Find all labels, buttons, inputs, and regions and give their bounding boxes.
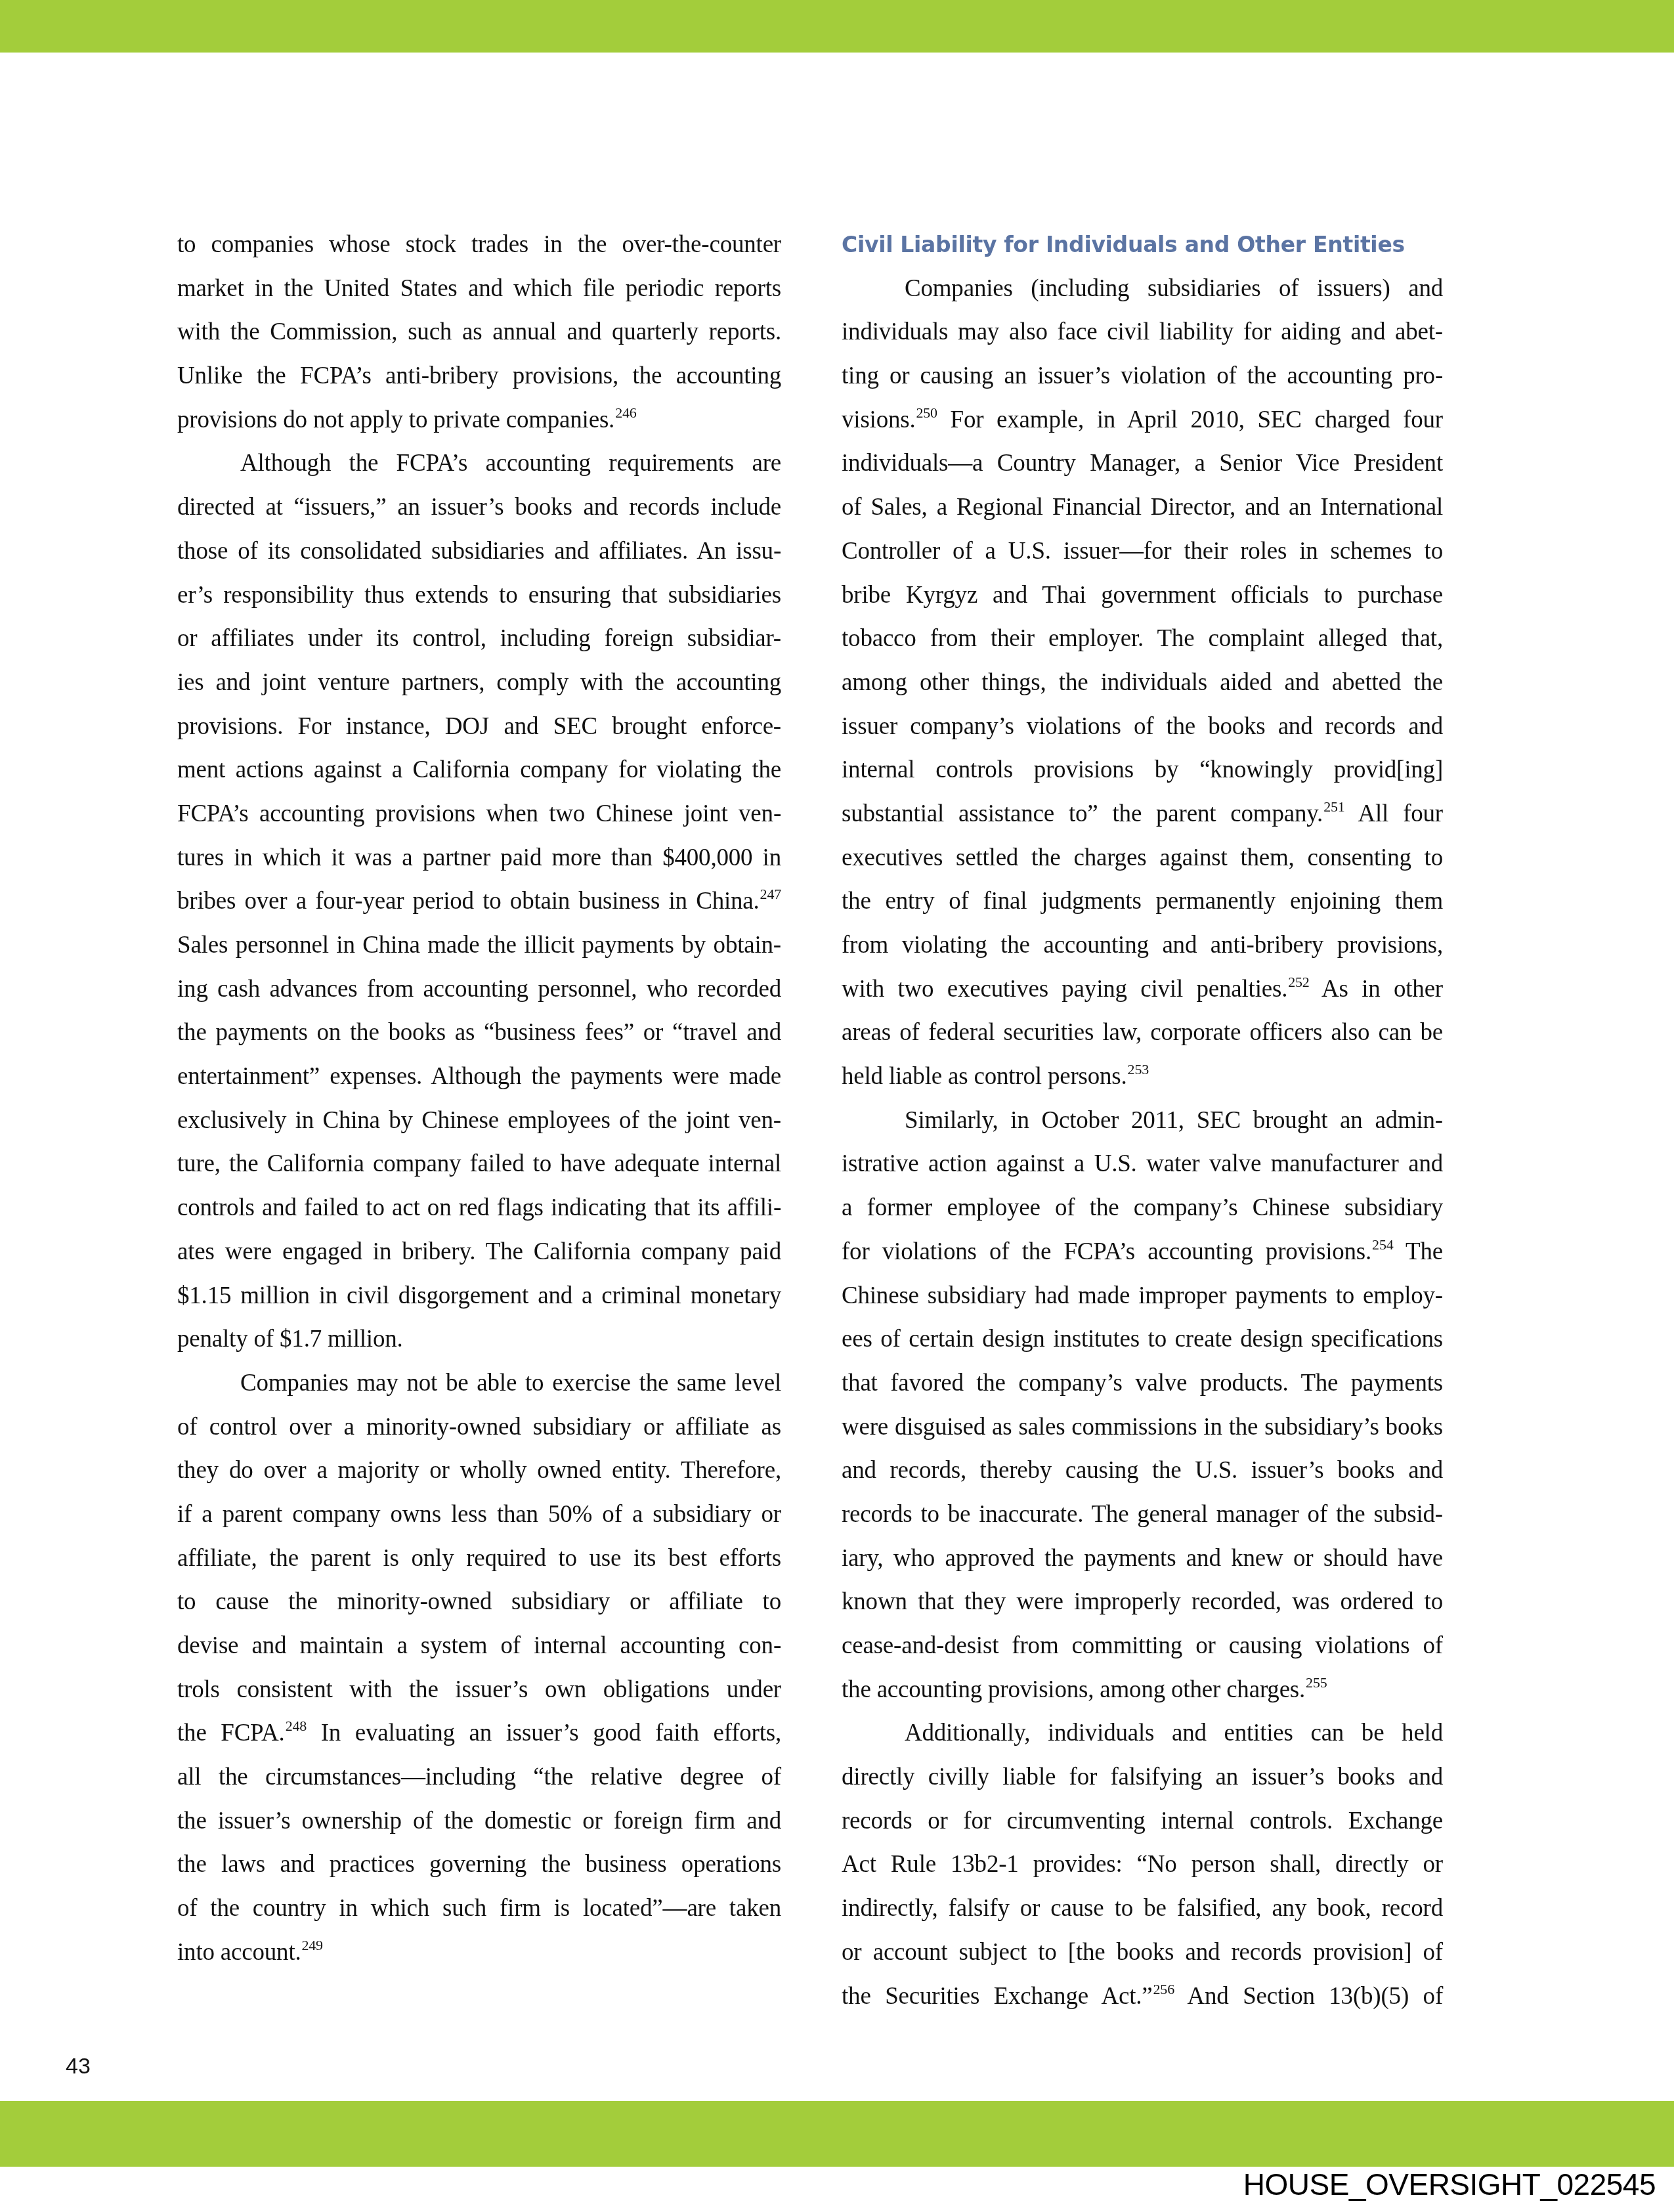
line-text: Unlike the FCPA’s anti-bribery provision… xyxy=(177,362,781,389)
line-text: ies and joint venture partners, comply w… xyxy=(177,669,781,696)
text-line: they do over a majority or wholly owned … xyxy=(177,1449,781,1493)
line-text: into account. xyxy=(177,1939,301,1966)
line-text: all the circumstances—including “the rel… xyxy=(177,1764,781,1790)
line-text: bribe Kyrgyz and Thai government officia… xyxy=(842,582,1443,609)
text-line: Although the FCPA’s accounting requireme… xyxy=(177,442,781,486)
line-text-continuation: In evaluating an issuer’s good faith eff… xyxy=(307,1720,781,1746)
bottom-color-band xyxy=(0,2101,1674,2167)
footnote-reference[interactable]: 254 xyxy=(1372,1236,1393,1253)
line-text: the laws and practices governing the bus… xyxy=(177,1851,781,1878)
text-line: Similarly, in October 2011, SEC brought … xyxy=(842,1099,1443,1143)
line-text: directed at “issuers,” an issuer’s books… xyxy=(177,494,781,521)
line-text: affiliate, the parent is only required t… xyxy=(177,1545,781,1572)
line-text: internal controls provisions by “knowing… xyxy=(842,756,1443,783)
footnote-reference[interactable]: 256 xyxy=(1153,1981,1174,1997)
text-line: the laws and practices governing the bus… xyxy=(177,1843,781,1887)
line-text: areas of federal securities law, corpora… xyxy=(842,1019,1443,1046)
text-line: or account subject to [the books and rec… xyxy=(842,1931,1443,1975)
text-line: affiliate, the parent is only required t… xyxy=(177,1537,781,1581)
footnote-reference[interactable]: 255 xyxy=(1306,1674,1327,1691)
line-text: bribes over a four-year period to obtain… xyxy=(177,888,760,915)
text-line: visions.250 For example, in April 2010, … xyxy=(842,399,1443,443)
text-line: trols consistent with the issuer’s own o… xyxy=(177,1668,781,1712)
text-line: the FCPA.248 In evaluating an issuer’s g… xyxy=(177,1712,781,1756)
text-line: with the Commission, such as annual and … xyxy=(177,311,781,355)
text-line: directly civilly liable for falsifying a… xyxy=(842,1756,1443,1800)
text-line: cease-and-desist from committing or caus… xyxy=(842,1624,1443,1668)
line-text: entertainment” expenses. Although the pa… xyxy=(177,1063,781,1090)
line-text: individuals may also face civil liabilit… xyxy=(842,318,1443,345)
text-line: exclusively in China by Chinese employee… xyxy=(177,1099,781,1143)
line-text: or account subject to [the books and rec… xyxy=(842,1939,1443,1966)
line-text: $1.15 million in civil disgorgement and … xyxy=(177,1282,781,1309)
line-text: Chinese subsidiary had made improper pay… xyxy=(842,1282,1443,1309)
text-line: Chinese subsidiary had made improper pay… xyxy=(842,1274,1443,1318)
text-line: all the circumstances—including “the rel… xyxy=(177,1756,781,1800)
line-text: with the Commission, such as annual and … xyxy=(177,318,781,345)
text-line: provisions. For instance, DOJ and SEC br… xyxy=(177,705,781,749)
line-text: among other things, the individuals aide… xyxy=(842,669,1443,696)
text-line: of Sales, a Regional Financial Director,… xyxy=(842,486,1443,530)
text-line: market in the United States and which fi… xyxy=(177,267,781,311)
text-line: istrative action against a U.S. water va… xyxy=(842,1142,1443,1186)
line-text: controls and failed to act on red flags … xyxy=(177,1194,781,1221)
line-text: and records, thereby causing the U.S. is… xyxy=(842,1457,1443,1484)
line-text: the payments on the books as “business f… xyxy=(177,1019,781,1046)
footnote-reference[interactable]: 249 xyxy=(302,1937,323,1953)
paragraph: Companies (including subsidiaries of iss… xyxy=(842,267,1443,1099)
line-text: issuer company’s violations of the books… xyxy=(842,713,1443,740)
text-line: Additionally, individuals and entities c… xyxy=(842,1712,1443,1756)
line-text: iary, who approved the payments and knew… xyxy=(842,1545,1443,1572)
line-text: for violations of the FCPA’s accounting … xyxy=(842,1238,1371,1265)
text-line: a former employee of the company’s Chine… xyxy=(842,1186,1443,1230)
paragraph: Similarly, in October 2011, SEC brought … xyxy=(842,1099,1443,1712)
line-text: ing cash advances from accounting person… xyxy=(177,976,781,1003)
line-text: the entry of final judgments permanently… xyxy=(842,888,1443,915)
document-id-stamp: HOUSE_OVERSIGHT_022545 xyxy=(1243,2167,1656,2202)
text-line: directed at “issuers,” an issuer’s books… xyxy=(177,486,781,530)
line-text: those of its consolidated subsidiaries a… xyxy=(177,538,781,565)
top-color-band xyxy=(0,0,1674,53)
line-text: to cause the minority-owned subsidiary o… xyxy=(177,1588,781,1615)
section-heading: Civil Liability for Individuals and Othe… xyxy=(842,223,1443,267)
text-line: were disguised as sales commissions in t… xyxy=(842,1406,1443,1450)
line-text: provisions do not apply to private compa… xyxy=(177,406,614,433)
line-text: ting or causing an issuer’s violation of… xyxy=(842,362,1443,389)
text-line: tobacco from their employer. The complai… xyxy=(842,617,1443,661)
line-text: er’s responsibility thus extends to ensu… xyxy=(177,582,781,609)
right-text-column: Civil Liability for Individuals and Othe… xyxy=(842,223,1443,2018)
line-text: Act Rule 13b2-1 provides: “No person sha… xyxy=(842,1851,1443,1878)
line-text: Sales personnel in China made the illici… xyxy=(177,932,781,959)
text-line: Act Rule 13b2-1 provides: “No person sha… xyxy=(842,1843,1443,1887)
text-line: with two executives paying civil penalti… xyxy=(842,968,1443,1012)
text-line: substantial assistance to” the parent co… xyxy=(842,792,1443,836)
line-text-continuation: As in other xyxy=(1310,976,1443,1003)
text-line: records or for circumventing internal co… xyxy=(842,1800,1443,1844)
line-text: devise and maintain a system of internal… xyxy=(177,1632,781,1659)
text-line: penalty of $1.7 million. xyxy=(177,1318,781,1362)
text-line: the accounting provisions, among other c… xyxy=(842,1668,1443,1712)
text-line: Unlike the FCPA’s anti-bribery provision… xyxy=(177,355,781,399)
line-text: cease-and-desist from committing or caus… xyxy=(842,1632,1443,1659)
text-line: ting or causing an issuer’s violation of… xyxy=(842,355,1443,399)
page-number: 43 xyxy=(66,2054,91,2079)
text-line: to companies whose stock trades in the o… xyxy=(177,223,781,267)
text-line: bribe Kyrgyz and Thai government officia… xyxy=(842,574,1443,618)
text-line: ies and joint venture partners, comply w… xyxy=(177,661,781,705)
text-line: iary, who approved the payments and knew… xyxy=(842,1537,1443,1581)
footnote-reference[interactable]: 246 xyxy=(615,404,636,421)
line-text: from violating the accounting and anti-b… xyxy=(842,932,1443,959)
text-line: individuals may also face civil liabilit… xyxy=(842,311,1443,355)
text-line: areas of federal securities law, corpora… xyxy=(842,1011,1443,1055)
line-text: individuals—a Country Manager, a Senior … xyxy=(842,450,1443,477)
text-line: ment actions against a California compan… xyxy=(177,748,781,792)
text-line: er’s responsibility thus extends to ensu… xyxy=(177,574,781,618)
text-line: devise and maintain a system of internal… xyxy=(177,1624,781,1668)
line-text: Controller of a U.S. issuer—for their ro… xyxy=(842,538,1443,565)
paragraph: Additionally, individuals and entities c… xyxy=(842,1712,1443,2018)
text-line: FCPA’s accounting provisions when two Ch… xyxy=(177,792,781,836)
text-line: of control over a minority-owned subsidi… xyxy=(177,1406,781,1450)
line-text: ture, the California company failed to h… xyxy=(177,1150,781,1177)
line-text: records or for circumventing internal co… xyxy=(842,1808,1443,1834)
text-line: the entry of final judgments permanently… xyxy=(842,880,1443,924)
text-line: bribes over a four-year period to obtain… xyxy=(177,880,781,924)
line-text: istrative action against a U.S. water va… xyxy=(842,1150,1443,1177)
text-line: Sales personnel in China made the illici… xyxy=(177,924,781,968)
line-text: ment actions against a California compan… xyxy=(177,756,781,783)
line-text: to companies whose stock trades in the o… xyxy=(177,231,781,258)
line-text: with two executives paying civil penalti… xyxy=(842,976,1287,1003)
line-text: known that they were improperly recorded… xyxy=(842,1588,1443,1615)
text-line: issuer company’s violations of the books… xyxy=(842,705,1443,749)
text-line: the issuer’s ownership of the domestic o… xyxy=(177,1800,781,1844)
text-line: the Securities Exchange Act.”256 And Sec… xyxy=(842,1975,1443,2019)
line-text: ees of certain design institutes to crea… xyxy=(842,1326,1443,1353)
text-line: internal controls provisions by “knowing… xyxy=(842,748,1443,792)
left-text-column: to companies whose stock trades in the o… xyxy=(177,223,781,1975)
line-text: the FCPA. xyxy=(177,1720,285,1746)
line-text: indirectly, falsify or cause to be falsi… xyxy=(842,1895,1443,1922)
line-text: or affiliates under its control, includi… xyxy=(177,625,781,652)
text-line: ates were engaged in bribery. The Califo… xyxy=(177,1230,781,1274)
text-line: among other things, the individuals aide… xyxy=(842,661,1443,705)
text-line: or affiliates under its control, includi… xyxy=(177,617,781,661)
line-text: if a parent company owns less than 50% o… xyxy=(177,1501,781,1528)
text-line: into account.249 xyxy=(177,1931,781,1975)
footnote-reference[interactable]: 250 xyxy=(916,404,937,421)
line-text-continuation: For example, in April 2010, SEC charged … xyxy=(937,406,1443,433)
line-text: Companies (including subsidiaries of iss… xyxy=(905,275,1443,302)
line-text: exclusively in China by Chinese employee… xyxy=(177,1107,781,1134)
text-line: indirectly, falsify or cause to be falsi… xyxy=(842,1887,1443,1931)
line-text: of the country in which such firm is loc… xyxy=(177,1895,781,1922)
text-line: executives settled the charges against t… xyxy=(842,836,1443,880)
text-line: entertainment” expenses. Although the pa… xyxy=(177,1055,781,1099)
line-text: FCPA’s accounting provisions when two Ch… xyxy=(177,800,781,827)
line-text: ates were engaged in bribery. The Califo… xyxy=(177,1238,781,1265)
text-line: ing cash advances from accounting person… xyxy=(177,968,781,1012)
paragraph: to companies whose stock trades in the o… xyxy=(177,223,781,442)
text-line: held liable as control persons.253 xyxy=(842,1055,1443,1099)
line-text-continuation: And Section 13(b)(5) of xyxy=(1174,1983,1443,2010)
text-line: Controller of a U.S. issuer—for their ro… xyxy=(842,530,1443,574)
paragraph: Although the FCPA’s accounting requireme… xyxy=(177,442,781,1361)
text-line: those of its consolidated subsidiaries a… xyxy=(177,530,781,574)
line-text: directly civilly liable for falsifying a… xyxy=(842,1764,1443,1790)
text-line: and records, thereby causing the U.S. is… xyxy=(842,1449,1443,1493)
footnote-reference[interactable]: 251 xyxy=(1323,798,1344,815)
line-text: Although the FCPA’s accounting requireme… xyxy=(240,450,781,477)
text-line: records to be inaccurate. The general ma… xyxy=(842,1493,1443,1537)
line-text: Companies may not be able to exercise th… xyxy=(240,1370,781,1397)
line-text: of control over a minority-owned subsidi… xyxy=(177,1414,781,1441)
line-text: tures in which it was a partner paid mor… xyxy=(177,844,781,871)
text-line: provisions do not apply to private compa… xyxy=(177,399,781,443)
line-text: a former employee of the company’s Chine… xyxy=(842,1194,1443,1221)
line-text: the issuer’s ownership of the domestic o… xyxy=(177,1808,781,1834)
text-line: Companies may not be able to exercise th… xyxy=(177,1362,781,1406)
line-text: were disguised as sales commissions in t… xyxy=(842,1414,1443,1441)
line-text: records to be inaccurate. The general ma… xyxy=(842,1501,1443,1528)
text-line: ture, the California company failed to h… xyxy=(177,1142,781,1186)
line-text: tobacco from their employer. The complai… xyxy=(842,625,1443,652)
footnote-reference[interactable]: 252 xyxy=(1288,974,1309,990)
text-line: controls and failed to act on red flags … xyxy=(177,1186,781,1230)
text-line: known that they were improperly recorded… xyxy=(842,1580,1443,1624)
line-text: visions. xyxy=(842,406,916,433)
line-text: substantial assistance to” the parent co… xyxy=(842,800,1323,827)
text-line: to cause the minority-owned subsidiary o… xyxy=(177,1580,781,1624)
text-line: for violations of the FCPA’s accounting … xyxy=(842,1230,1443,1274)
line-text-continuation: The xyxy=(1393,1238,1443,1265)
line-text: that favored the company’s valve product… xyxy=(842,1370,1443,1397)
text-line: of the country in which such firm is loc… xyxy=(177,1887,781,1931)
line-text: of Sales, a Regional Financial Director,… xyxy=(842,494,1443,521)
footnote-reference[interactable]: 247 xyxy=(760,886,781,902)
line-text: trols consistent with the issuer’s own o… xyxy=(177,1676,781,1703)
text-line: if a parent company owns less than 50% o… xyxy=(177,1493,781,1537)
footnote-reference[interactable]: 253 xyxy=(1128,1061,1149,1077)
paragraph: Companies may not be able to exercise th… xyxy=(177,1362,781,1975)
line-text: market in the United States and which fi… xyxy=(177,275,781,302)
text-line: Companies (including subsidiaries of iss… xyxy=(842,267,1443,311)
line-text: provisions. For instance, DOJ and SEC br… xyxy=(177,713,781,740)
line-text: Additionally, individuals and entities c… xyxy=(905,1720,1443,1746)
line-text: Similarly, in October 2011, SEC brought … xyxy=(905,1107,1443,1134)
line-text: they do over a majority or wholly owned … xyxy=(177,1457,781,1484)
line-text: executives settled the charges against t… xyxy=(842,844,1443,871)
text-line: the payments on the books as “business f… xyxy=(177,1011,781,1055)
line-text-continuation: All four xyxy=(1345,800,1443,827)
line-text: the accounting provisions, among other c… xyxy=(842,1676,1305,1703)
text-line: individuals—a Country Manager, a Senior … xyxy=(842,442,1443,486)
line-text: penalty of $1.7 million. xyxy=(177,1326,403,1353)
line-text: the Securities Exchange Act.” xyxy=(842,1983,1153,2010)
line-text: held liable as control persons. xyxy=(842,1063,1127,1090)
text-line: tures in which it was a partner paid mor… xyxy=(177,836,781,880)
footnote-reference[interactable]: 248 xyxy=(286,1718,307,1734)
text-line: that favored the company’s valve product… xyxy=(842,1362,1443,1406)
text-line: $1.15 million in civil disgorgement and … xyxy=(177,1274,781,1318)
text-line: from violating the accounting and anti-b… xyxy=(842,924,1443,968)
text-line: ees of certain design institutes to crea… xyxy=(842,1318,1443,1362)
